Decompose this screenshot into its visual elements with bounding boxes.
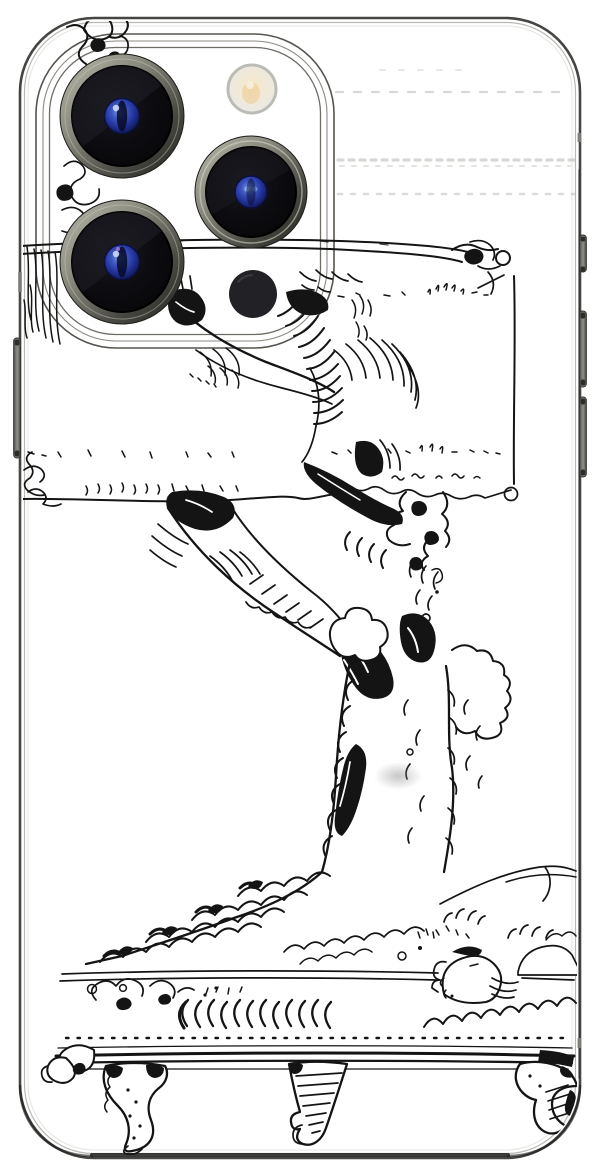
volume-down-button: [579, 397, 586, 477]
phone-back-illustration: [0, 0, 600, 1176]
lidar-sensor: [229, 270, 277, 318]
antenna-line-right-top: [578, 133, 582, 142]
volume-up-button: [579, 311, 586, 387]
product-photo-iphone-skin: [0, 0, 600, 1176]
mute-switch: [579, 235, 586, 272]
antenna-line-right-bottom: [578, 1038, 582, 1048]
flash-light: [228, 65, 276, 113]
antenna-line-left: [18, 272, 22, 292]
pencil-smudge: [374, 762, 422, 790]
power-button: [14, 338, 21, 458]
